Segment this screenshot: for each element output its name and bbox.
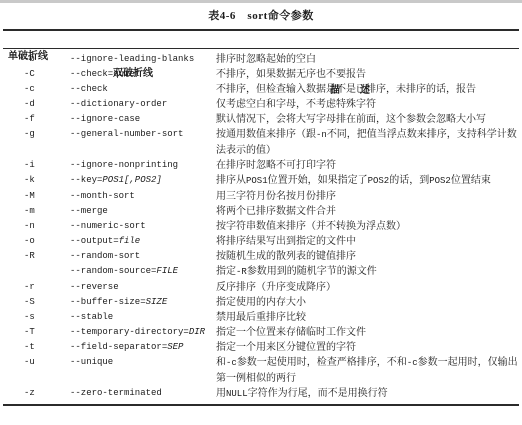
short-option-cell: -g bbox=[3, 127, 70, 142]
option-argument: file bbox=[119, 236, 141, 246]
table-row: -T--temporary-directory=DIR指定一个位置来存储临时工作… bbox=[3, 325, 519, 340]
header-double-dash: 双破折线 bbox=[113, 65, 153, 82]
description-cell: 将排序结果写出到指定的文件中 bbox=[216, 234, 519, 249]
table-row: --random-source=FILE指定-R参数用到的随机字节的源文件 bbox=[3, 264, 519, 280]
table-row: -b--ignore-leading-blanks排序时忽略起始的空白 bbox=[3, 52, 519, 67]
table-row: -m--merge将两个已排序数据文件合并 bbox=[3, 204, 519, 219]
long-option-cell: --unique bbox=[70, 355, 216, 370]
short-option-cell: -i bbox=[3, 158, 70, 173]
short-option-cell: -m bbox=[3, 204, 70, 219]
long-option-cell: --random-sort bbox=[70, 249, 216, 264]
sort-parameters-table: 单破折线 双破折线 描 述 -b--ignore-leading-blanks排… bbox=[3, 29, 519, 404]
long-option-cell: --numeric-sort bbox=[70, 219, 216, 234]
table-row: -o--output=file将排序结果写出到指定的文件中 bbox=[3, 234, 519, 249]
short-option-cell: -n bbox=[3, 219, 70, 234]
description-cell: 不排序，如果数据无序也不要报告 bbox=[216, 67, 519, 82]
short-option-cell: -o bbox=[3, 234, 70, 249]
description-cell: 将两个已排序数据文件合并 bbox=[216, 204, 519, 219]
inline-code: POS1 bbox=[246, 176, 268, 186]
short-option-cell: -S bbox=[3, 295, 70, 310]
table-row: -n--numeric-sort按字符串数值来排序（并不转换为浮点数） bbox=[3, 219, 519, 234]
long-option-cell: --general-number-sort bbox=[70, 127, 216, 142]
short-option-cell: -f bbox=[3, 112, 70, 127]
inline-code: -R bbox=[236, 267, 247, 277]
page-edge-strip bbox=[0, 0, 522, 3]
table-row: -s--stable禁用最后重排序比较 bbox=[3, 310, 519, 325]
inline-code: POS2 bbox=[429, 176, 451, 186]
inline-code: -c bbox=[407, 358, 418, 368]
inline-code: -c bbox=[226, 358, 237, 368]
long-option-cell: --ignore-case bbox=[70, 112, 216, 127]
table-row: -d--dictionary-order仅考虑空白和字母，不考虑特殊字符 bbox=[3, 97, 519, 112]
short-option-cell: -s bbox=[3, 310, 70, 325]
long-option-cell: --buffer-size=SIZE bbox=[70, 295, 216, 310]
table-row: -C--check=quiet不排序，如果数据无序也不要报告 bbox=[3, 67, 519, 82]
description-cell: 在排序时忽略不可打印字符 bbox=[216, 158, 519, 173]
table-row: -g--general-number-sort按通用数值来排序（跟-n不同，把值… bbox=[3, 127, 519, 158]
description-cell: 按字符串数值来排序（并不转换为浮点数） bbox=[216, 219, 519, 234]
long-option-cell: --temporary-directory=DIR bbox=[70, 325, 216, 340]
table-bottom-rule bbox=[3, 404, 519, 406]
description-cell: 仅考虑空白和字母，不考虑特殊字符 bbox=[216, 97, 519, 112]
description-cell: 反序排序（升序变成降序） bbox=[216, 280, 519, 295]
description-cell: 按随机生成的散列表的键值排序 bbox=[216, 249, 519, 264]
short-option-cell: -R bbox=[3, 249, 70, 264]
header-single-dash: 单破折线 bbox=[8, 48, 48, 65]
table-row: -f--ignore-case默认情况下，会将大写字母排在前面，这个参数会忽略大… bbox=[3, 112, 519, 127]
table-row: -t--field-separator=SEP指定一个用来区分键位置的字符 bbox=[3, 340, 519, 355]
long-option-cell: --field-separator=SEP bbox=[70, 340, 216, 355]
option-argument: FILE bbox=[156, 266, 178, 276]
long-option-cell: --output=file bbox=[70, 234, 216, 249]
description-cell: 禁用最后重排序比较 bbox=[216, 310, 519, 325]
table-row: -r--reverse反序排序（升序变成降序） bbox=[3, 280, 519, 295]
short-option-cell: -M bbox=[3, 189, 70, 204]
inline-code: -n bbox=[316, 130, 327, 140]
short-option-cell: -k bbox=[3, 173, 70, 188]
table-row: -c--check不排序，但检查输入数据是不是已排序，未排序的话，报告 bbox=[3, 82, 519, 97]
description-cell: 指定-R参数用到的随机字节的源文件 bbox=[216, 264, 519, 280]
table-row: -R--random-sort按随机生成的散列表的键值排序 bbox=[3, 249, 519, 264]
option-argument: SIZE bbox=[146, 297, 168, 307]
option-argument: DIR bbox=[189, 327, 205, 337]
long-option-cell: --zero-terminated bbox=[70, 386, 216, 401]
book-page: 表4-6 sort命令参数 单破折线 双破折线 描 述 -b--ignore-l… bbox=[0, 0, 522, 406]
short-option-cell: -T bbox=[3, 325, 70, 340]
long-option-cell: --key=POS1[,POS2] bbox=[70, 173, 216, 188]
table-header-row: 单破折线 双破折线 描 述 bbox=[3, 29, 519, 49]
long-option-cell: --check bbox=[70, 82, 216, 97]
long-option-cell: --merge bbox=[70, 204, 216, 219]
long-option-cell: --random-source=FILE bbox=[70, 264, 216, 279]
long-option-cell: --stable bbox=[70, 310, 216, 325]
short-option-cell: -u bbox=[3, 355, 70, 370]
table-row: -M--month-sort用三字符月份名按月份排序 bbox=[3, 189, 519, 204]
description-cell: 和-c参数一起使用时，检查严格排序，不和-c参数一起用时，仅输出第一例相似的两行 bbox=[216, 355, 519, 386]
table-row: -z--zero-terminated用NULL字符作为行尾，而不是用换行符 bbox=[3, 386, 519, 402]
description-cell: 默认情况下，会将大写字母排在前面，这个参数会忽略大小写 bbox=[216, 112, 519, 127]
short-option-cell: -z bbox=[3, 386, 70, 401]
description-cell: 用三字符月份名按月份排序 bbox=[216, 189, 519, 204]
table-row: -u--unique和-c参数一起使用时，检查严格排序，不和-c参数一起用时，仅… bbox=[3, 355, 519, 386]
header-description: 描 述 bbox=[330, 82, 370, 99]
option-argument: POS1[,POS2] bbox=[102, 175, 161, 185]
inline-code: NULL bbox=[226, 389, 248, 399]
description-cell: 用NULL字符作为行尾，而不是用换行符 bbox=[216, 386, 519, 402]
option-argument: SEP bbox=[167, 342, 183, 352]
table-title: 表4-6 sort命令参数 bbox=[0, 9, 522, 24]
description-cell: 指定使用的内存大小 bbox=[216, 295, 519, 310]
table-body: -b--ignore-leading-blanks排序时忽略起始的空白-C--c… bbox=[3, 49, 519, 404]
long-option-cell: --dictionary-order bbox=[70, 97, 216, 112]
table-row: -k--key=POS1[,POS2]排序从POS1位置开始，如果指定了POS2… bbox=[3, 173, 519, 189]
table-row: -S--buffer-size=SIZE指定使用的内存大小 bbox=[3, 295, 519, 310]
description-cell: 排序从POS1位置开始，如果指定了POS2的话，到POS2位置结束 bbox=[216, 173, 519, 189]
description-cell: 排序时忽略起始的空白 bbox=[216, 52, 519, 67]
long-option-cell: --reverse bbox=[70, 280, 216, 295]
table-row: -i--ignore-nonprinting在排序时忽略不可打印字符 bbox=[3, 158, 519, 173]
short-option-cell: -t bbox=[3, 340, 70, 355]
short-option-cell: -d bbox=[3, 97, 70, 112]
description-cell: 指定一个位置来存储临时工作文件 bbox=[216, 325, 519, 340]
long-option-cell: --ignore-nonprinting bbox=[70, 158, 216, 173]
description-cell: 指定一个用来区分键位置的字符 bbox=[216, 340, 519, 355]
long-option-cell: --month-sort bbox=[70, 189, 216, 204]
inline-code: POS2 bbox=[368, 176, 390, 186]
short-option-cell: -r bbox=[3, 280, 70, 295]
description-cell: 按通用数值来排序（跟-n不同，把值当浮点数来排序，支持科学计数法表示的值） bbox=[216, 127, 519, 158]
